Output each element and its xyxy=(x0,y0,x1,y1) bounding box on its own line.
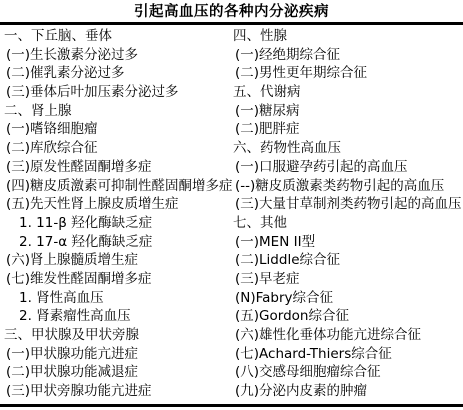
column-left: 一、下丘脑、垂体(一)生长激素分泌过多(二)催乳素分泌过多(三)垂体后叶加压素分… xyxy=(0,27,233,401)
list-row-subitem: 2. 肾素瘤性高血压 xyxy=(4,307,233,326)
list-row-item: (二)肥胖症 xyxy=(233,120,463,139)
list-row-subitem: 1. 11-β 羟化酶缺乏症 xyxy=(4,214,233,233)
list-row-item: (二)甲状腺功能减退症 xyxy=(4,363,233,382)
list-row-subitem: 1. 肾性高血压 xyxy=(4,289,233,308)
table-content: 一、下丘脑、垂体(一)生长激素分泌过多(二)催乳素分泌过多(三)垂体后叶加压素分… xyxy=(0,27,463,401)
list-row-item: (七)Achard-Thiers综合征 xyxy=(233,345,463,364)
top-rule xyxy=(0,22,463,25)
bottom-rule xyxy=(0,404,463,407)
list-row-section: 五、代谢病 xyxy=(233,83,463,102)
document-page: 引起高血压的各种内分泌疾病 一、下丘脑、垂体(一)生长激素分泌过多(二)催乳素分… xyxy=(0,0,463,410)
list-row-item: (一)MEN II型 xyxy=(233,233,463,252)
list-row-section: 二、肾上腺 xyxy=(4,102,233,121)
list-row-item: (一)糖尿病 xyxy=(233,102,463,121)
list-row-item: (四)糖皮质激素可抑制性醛固酮增多症 xyxy=(4,177,233,196)
list-row-item: (一)生长激素分泌过多 xyxy=(4,46,233,65)
list-row-item: (七)维发性醛固酮增多症 xyxy=(4,270,233,289)
list-row-subitem: 2. 17-α 羟化酶缺乏症 xyxy=(4,233,233,252)
list-row-item: (N)Fabry综合征 xyxy=(233,289,463,308)
list-row-item: (六)雄性化垂体功能亢进综合征 xyxy=(233,326,463,345)
list-row-section: 三、甲状腺及甲状旁腺 xyxy=(4,326,233,345)
list-row-item: (六)肾上腺髓质增生症 xyxy=(4,251,233,270)
list-row-item: (五)Gordon综合征 xyxy=(233,307,463,326)
column-right: 四、性腺(一)经绝期综合征(二)男性更年期综合征五、代谢病(一)糖尿病(二)肥胖… xyxy=(233,27,463,401)
list-row-item: (二)库欣综合征 xyxy=(4,139,233,158)
list-row-item: (五)先天性肾上腺皮质增生症 xyxy=(4,195,233,214)
list-row-item: (三)垂体后叶加压素分泌过多 xyxy=(4,83,233,102)
list-row-item: (三)原发性醛固酮增多症 xyxy=(4,158,233,177)
list-row-item: (一)甲状腺功能亢进症 xyxy=(4,345,233,364)
list-row-section: 四、性腺 xyxy=(233,27,463,46)
list-row-section: 七、其他 xyxy=(233,214,463,233)
list-row-section: 六、药物性高血压 xyxy=(233,139,463,158)
list-row-item: (八)交感母细胞瘤综合征 xyxy=(233,363,463,382)
list-row-item: (九)分泌内皮素的肿瘤 xyxy=(233,382,463,401)
list-row-item: (二)催乳素分泌过多 xyxy=(4,64,233,83)
list-row-item: (三)甲状旁腺功能亢进症 xyxy=(4,382,233,401)
list-row-item: (一)口服避孕药引起的高血压 xyxy=(233,158,463,177)
list-row-item: (一)经绝期综合征 xyxy=(233,46,463,65)
list-row-item: (一)嗜铬细胞瘤 xyxy=(4,120,233,139)
page-title: 引起高血压的各种内分泌疾病 xyxy=(0,2,463,22)
list-row-item: (--)糖皮质激素类药物引起的高血压 xyxy=(233,177,463,196)
list-row-item: (三)大量甘草制剂类药物引起的高血压 xyxy=(233,195,463,214)
list-row-item: (二)男性更年期综合征 xyxy=(233,64,463,83)
list-row-item: (三)早老症 xyxy=(233,270,463,289)
list-row-item: (二)Liddle综合征 xyxy=(233,251,463,270)
list-row-section: 一、下丘脑、垂体 xyxy=(4,27,233,46)
